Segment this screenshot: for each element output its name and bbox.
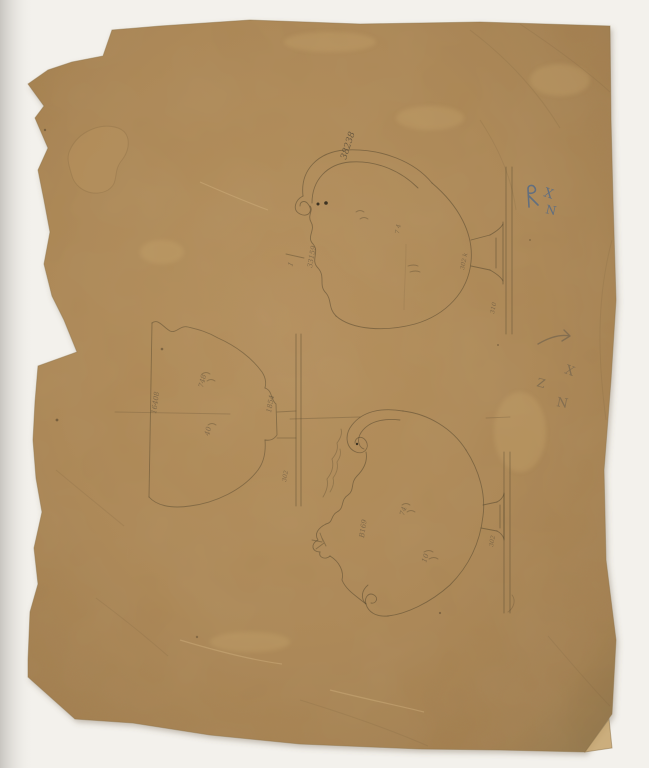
drawing-scan: 38238 33159 302 k 310 1 7 4 748 40 16408…: [0, 0, 649, 768]
scan-stage: 38238 33159 302 k 310 1 7 4 748 40 16408…: [0, 0, 649, 768]
